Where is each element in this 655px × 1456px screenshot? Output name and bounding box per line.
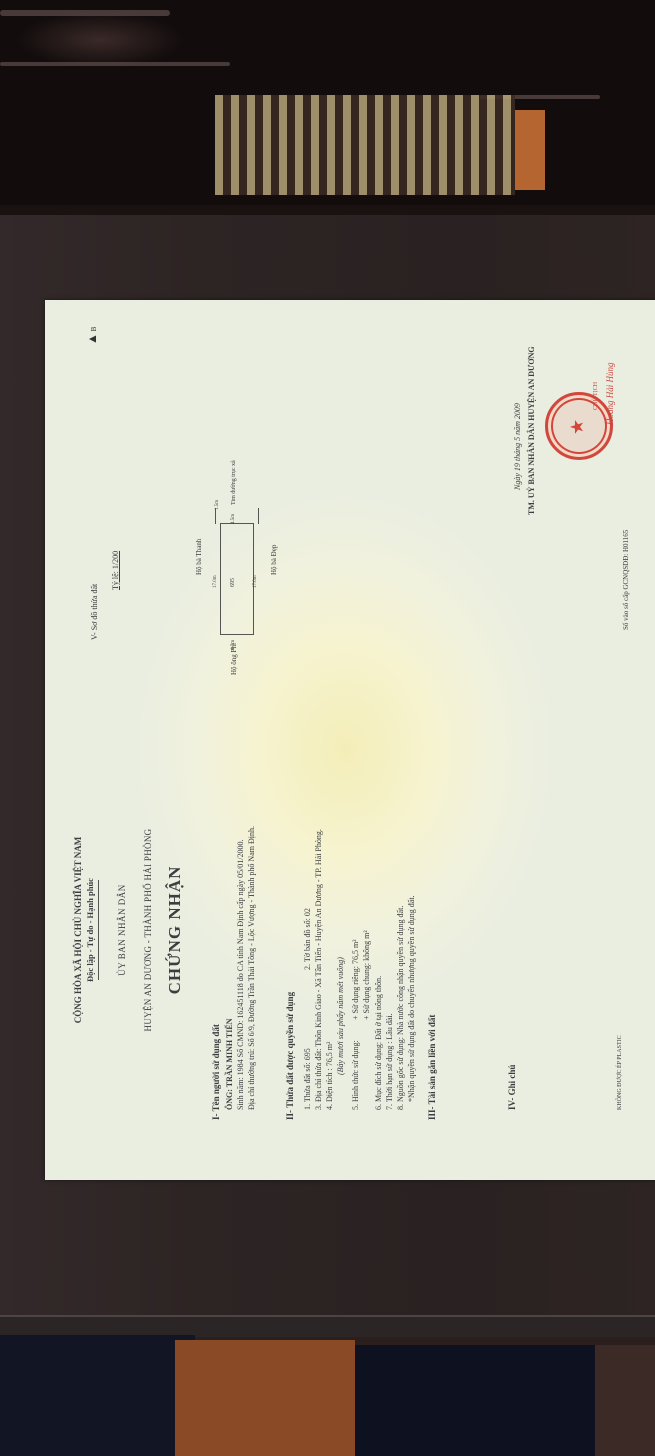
usage-term: 7. Thời hạn sử dụng : Lâu dài. xyxy=(385,1013,395,1110)
motto-underline xyxy=(98,880,99,980)
woven-mat-background xyxy=(215,95,515,195)
land-purpose: 6. Mục đích sử dụng: Đất ở tại nông thôn… xyxy=(374,976,384,1110)
neighbor-left: Hộ bà Thanh xyxy=(195,539,203,575)
road-label: Tim đường trục xã xyxy=(231,460,238,505)
no-lamination-note: KHÔNG ĐƯỢC ÉP PLASTIC xyxy=(617,1035,624,1110)
district-name: HUYỆN AN DƯƠNG - THÀNH PHỐ HẢI PHÒNG xyxy=(143,720,154,1140)
wood-highlight xyxy=(0,10,170,16)
map-scale: Tỷ lệ: 1/200 xyxy=(111,551,121,590)
area-in-words: (Bảy mươi sáu phẩy năm mét vuông) xyxy=(336,957,346,1075)
land-use-certificate: CỘNG HÒA XÃ HỘI CHỦ NGHĨA VIỆT NAM Độc l… xyxy=(45,300,655,1180)
section-5-heading: V- Sơ đồ thửa đất xyxy=(90,584,100,640)
registry-number: Số vào sổ cấp GCNQSDĐ: H01165 xyxy=(622,530,630,630)
owner-birth-id: Sinh năm: 1984 Số CMND: 162451118 do CA … xyxy=(236,839,246,1110)
section-1-heading: I- Tên người sử dụng đất xyxy=(211,1024,222,1120)
section-4-heading: IV- Ghi chú xyxy=(507,1065,518,1110)
road-strip xyxy=(215,508,259,524)
dimension-right: 17.0m xyxy=(253,575,259,588)
section-2-heading: II- Thửa đất được quyền sử dụng xyxy=(285,992,296,1120)
section-3-heading: III- Tài sản gắn liền với đất xyxy=(427,1015,438,1120)
neighbor-right: Hộ bà Đẹp xyxy=(270,545,278,575)
parcel-area: 4. Diện tích : 76,5 m² xyxy=(325,1042,335,1110)
certificate-left-page: CỘNG HÒA XÃ HỘI CHỦ NGHĨA VIỆT NAM Độc l… xyxy=(45,720,655,1140)
signer-role: CHỦ TỊCH xyxy=(593,382,600,410)
usage-origin: 8. Nguồn gốc sử dụng: Nhà nước công nhận… xyxy=(396,906,406,1110)
shared-use: + Sử dụng chung: không m² xyxy=(362,930,372,1020)
committee-name: ỦY BAN NHÂN DÂN xyxy=(117,720,128,1140)
certificate-right-page: V- Sơ đồ thửa đất Tỷ lệ: 1/200 ▲ B Hộ ôn… xyxy=(45,310,655,710)
signer-name: Hoàng Hải Hùng xyxy=(605,363,616,426)
owner-address: Địa chỉ thường trú: Số 6/9, Đường Trần T… xyxy=(247,826,257,1110)
table-rail xyxy=(0,1315,655,1337)
dimension-left: 17.0m xyxy=(213,575,219,588)
certificate-title: CHỨNG NHẬN xyxy=(165,720,185,1140)
usage-form: 5. Hình thức sử dụng: xyxy=(351,1040,361,1110)
floor-shadow xyxy=(355,1345,615,1456)
owner-name: ÔNG: TRẦN MINH TIẾN xyxy=(225,1019,235,1111)
origin-note: *Nhận quyền sử dụng đất do chuyển nhượng… xyxy=(407,895,417,1102)
issue-date: Ngày 19 tháng 5 năm 2009 xyxy=(513,403,523,490)
parcel-number-label: 695 xyxy=(230,578,237,587)
floor-shadow xyxy=(0,1335,195,1456)
floor-wood xyxy=(595,1345,655,1456)
map-sheet: 2. Tờ bản đồ số: 02 xyxy=(303,908,313,970)
republic-heading: CỘNG HÒA XÃ HỘI CHỦ NGHĨA VIỆT NAM xyxy=(73,720,84,1140)
private-use: + Sử dụng riêng: 76,5 m² xyxy=(351,939,361,1020)
issuing-authority: TM. UỶ BAN NHÂN DÂN HUYỆN AN DƯƠNG xyxy=(527,346,537,515)
dimension-setback: 1.5m xyxy=(215,500,221,510)
dimension-bottom: 4.5m xyxy=(231,640,237,650)
certificate-photo: CỘNG HÒA XÃ HỘI CHỦ NGHĨA VIỆT NAM Độc l… xyxy=(45,300,655,1180)
wall-background xyxy=(515,110,545,190)
parcel-number: 1. Thửa đất số: 695 xyxy=(303,1048,313,1110)
wood-highlight xyxy=(0,62,230,66)
official-seal-icon: ★ xyxy=(545,392,613,460)
parcel-address: 3. Địa chỉ thửa đất: Thôn Kinh Giao - Xã… xyxy=(314,829,324,1110)
floor-wood xyxy=(175,1340,355,1456)
motto: Độc lập - Tự do - Hạnh phúc xyxy=(85,720,95,1140)
north-arrow-icon: ▲ B xyxy=(85,327,100,345)
